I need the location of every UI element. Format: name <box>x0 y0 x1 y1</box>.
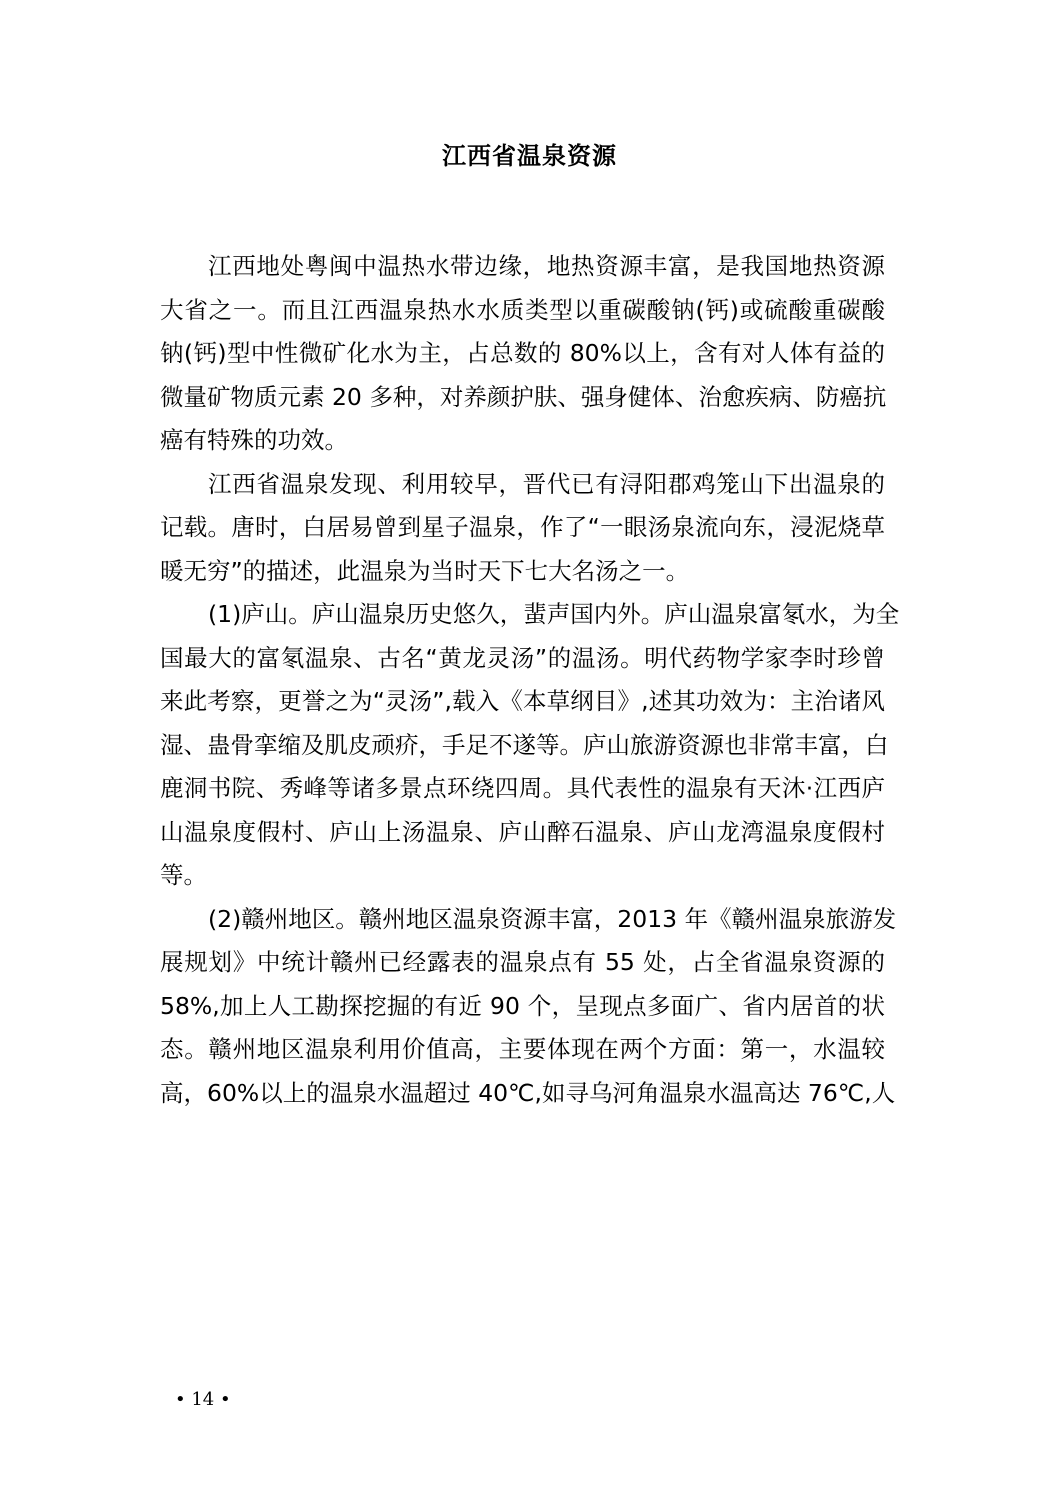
text-line: 等。 <box>160 854 885 898</box>
text-line: 山温泉度假村、庐山上汤温泉、庐山醉石温泉、庐山龙湾温泉度假村 <box>160 811 885 855</box>
text-line: 钠(钙)型中性微矿化水为主，占总数的 80%以上，含有对人体有益的 <box>160 332 885 376</box>
text-line: (1)庐山。庐山温泉历史悠久，蜚声国内外。庐山温泉富氡水，为全 <box>160 593 885 637</box>
text-line: 大省之一。而且江西温泉热水水质类型以重碳酸钠(钙)或硫酸重碳酸 <box>160 289 885 333</box>
text-line: 58%,加上人工勘探挖掘的有近 90 个，呈现点多面广、省内居首的状 <box>160 985 885 1029</box>
paragraph-intro: 江西地处粤闽中温热水带边缘，地热资源丰富，是我国地热资源 大省之一。而且江西温泉… <box>160 245 885 463</box>
paragraph-lushan: (1)庐山。庐山温泉历史悠久，蜚声国内外。庐山温泉富氡水，为全 国最大的富氡温泉… <box>160 593 885 898</box>
text-line: 江西省温泉发现、利用较早，晋代已有浔阳郡鸡笼山下出温泉的 <box>160 463 885 507</box>
text-line: (2)赣州地区。赣州地区温泉资源丰富，2013 年《赣州温泉旅游发 <box>160 898 885 942</box>
text-line: 江西地处粤闽中温热水带边缘，地热资源丰富，是我国地热资源 <box>160 245 885 289</box>
document-page: 江西省温泉资源 江西地处粤闽中温热水带边缘，地热资源丰富，是我国地热资源 大省之… <box>0 0 1059 1497</box>
text-line: 来此考察，更誉之为“灵汤”,载入《本草纲目》,述其功效为：主治诸风 <box>160 680 885 724</box>
paragraph-ganzhou: (2)赣州地区。赣州地区温泉资源丰富，2013 年《赣州温泉旅游发 展规划》中统… <box>160 898 885 1116</box>
text-line: 暖无穷”的描述，此温泉为当时天下七大名汤之一。 <box>160 550 885 594</box>
text-line: 国最大的富氡温泉、古名“黄龙灵汤”的温汤。明代药物学家李时珍曾 <box>160 637 885 681</box>
paragraph-history: 江西省温泉发现、利用较早，晋代已有浔阳郡鸡笼山下出温泉的 记载。唐时，白居易曾到… <box>160 463 885 594</box>
text-line: 高，60%以上的温泉水温超过 40℃,如寻乌河角温泉水温高达 76℃,人 <box>160 1072 885 1116</box>
page-title: 江西省温泉资源 <box>0 140 1059 172</box>
text-line: 态。赣州地区温泉利用价值高，主要体现在两个方面：第一，水温较 <box>160 1028 885 1072</box>
text-line: 鹿洞书院、秀峰等诸多景点环绕四周。具代表性的温泉有天沐·江西庐 <box>160 767 885 811</box>
document-body: 江西地处粤闽中温热水带边缘，地热资源丰富，是我国地热资源 大省之一。而且江西温泉… <box>160 245 885 1115</box>
text-line: 记载。唐时，白居易曾到星子温泉，作了“一眼汤泉流向东，浸泥烧草 <box>160 506 885 550</box>
text-line: 癌有特殊的功效。 <box>160 419 885 463</box>
page-number: • 14 • <box>175 1388 231 1412</box>
text-line: 微量矿物质元素 20 多种，对养颜护肤、强身健体、治愈疾病、防癌抗 <box>160 376 885 420</box>
text-line: 湿、蛊骨挛缩及肌皮顽疥，手足不遂等。庐山旅游资源也非常丰富，白 <box>160 724 885 768</box>
text-line: 展规划》中统计赣州已经露表的温泉点有 55 处，占全省温泉资源的 <box>160 941 885 985</box>
